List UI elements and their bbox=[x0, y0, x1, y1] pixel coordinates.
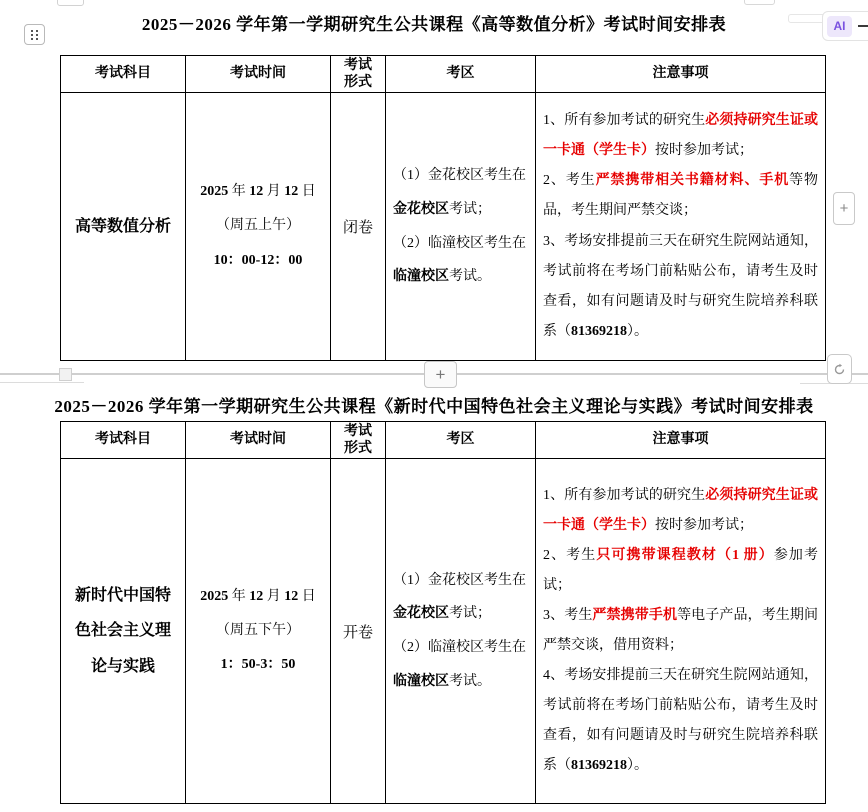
header-form: 考试形式 bbox=[331, 422, 386, 459]
cutoff-control-fragment bbox=[57, 0, 84, 6]
exam-table-1: 考试科目 考试时间 考试形式 考区 注意事项 高等数值分析 2025 年 12 … bbox=[60, 55, 826, 361]
header-subject: 考试科目 bbox=[61, 56, 186, 93]
divider-drag-handle[interactable] bbox=[59, 368, 72, 381]
cell-notes: 1、所有参加考试的研究生必须持研究生证或一卡通（学生卡）按时参加考试；2、考生只… bbox=[536, 459, 826, 804]
cell-subject: 高等数值分析 bbox=[61, 93, 186, 361]
header-subject: 考试科目 bbox=[61, 422, 186, 459]
insert-between-pages-button[interactable]: + bbox=[424, 361, 457, 388]
table-row: 新时代中国特色社会主义理论与实践 2025 年 12 月 12 日（周五下午）1… bbox=[61, 459, 826, 804]
exam-table-2: 考试科目 考试时间 考试形式 考区 注意事项 新时代中国特色社会主义理论与实践 … bbox=[60, 421, 826, 804]
page-break-line bbox=[0, 382, 84, 383]
header-time: 考试时间 bbox=[186, 56, 331, 93]
doc-title-table-1: 2025－2026 学年第一学期研究生公共课程《高等数值分析》考试时间安排表 bbox=[0, 10, 868, 35]
cutoff-control-fragment bbox=[744, 0, 775, 5]
document-page: AI 2025－2026 学年第一学期研究生公共课程《高等数值分析》考试时间安排… bbox=[0, 0, 868, 812]
header-notes: 注意事项 bbox=[536, 422, 826, 459]
rotate-arrow-icon bbox=[833, 363, 846, 376]
header-time: 考试时间 bbox=[186, 422, 331, 459]
cell-subject: 新时代中国特色社会主义理论与实践 bbox=[61, 459, 186, 804]
table-add-button[interactable]: + bbox=[833, 192, 855, 225]
cell-form: 开卷 bbox=[331, 459, 386, 804]
cell-time: 2025 年 12 月 12 日（周五下午）1：50-3：50 bbox=[186, 459, 331, 804]
header-row: 考试科目 考试时间 考试形式 考区 注意事项 bbox=[61, 422, 826, 459]
cell-area: （1）金花校区考生在金花校区考试；（2）临潼校区考生在临潼校区考试。 bbox=[386, 93, 536, 361]
header-row: 考试科目 考试时间 考试形式 考区 注意事项 bbox=[61, 56, 826, 93]
cell-area: （1）金花校区考生在金花校区考试；（2）临潼校区考生在临潼校区考试。 bbox=[386, 459, 536, 804]
layout-options-button[interactable] bbox=[827, 354, 852, 384]
doc-title-table-2: 2025－2026 学年第一学期研究生公共课程《新时代中国特色社会主义理论与实践… bbox=[0, 392, 868, 417]
header-notes: 注意事项 bbox=[536, 56, 826, 93]
header-area: 考区 bbox=[386, 56, 536, 93]
cell-notes: 1、所有参加考试的研究生必须持研究生证或一卡通（学生卡）按时参加考试；2、考生严… bbox=[536, 93, 826, 361]
table-row: 高等数值分析 2025 年 12 月 12 日（周五上午）10：00-12：00… bbox=[61, 93, 826, 361]
cell-time: 2025 年 12 月 12 日（周五上午）10：00-12：00 bbox=[186, 93, 331, 361]
header-area: 考区 bbox=[386, 422, 536, 459]
header-form: 考试形式 bbox=[331, 56, 386, 93]
cell-form: 闭卷 bbox=[331, 93, 386, 361]
